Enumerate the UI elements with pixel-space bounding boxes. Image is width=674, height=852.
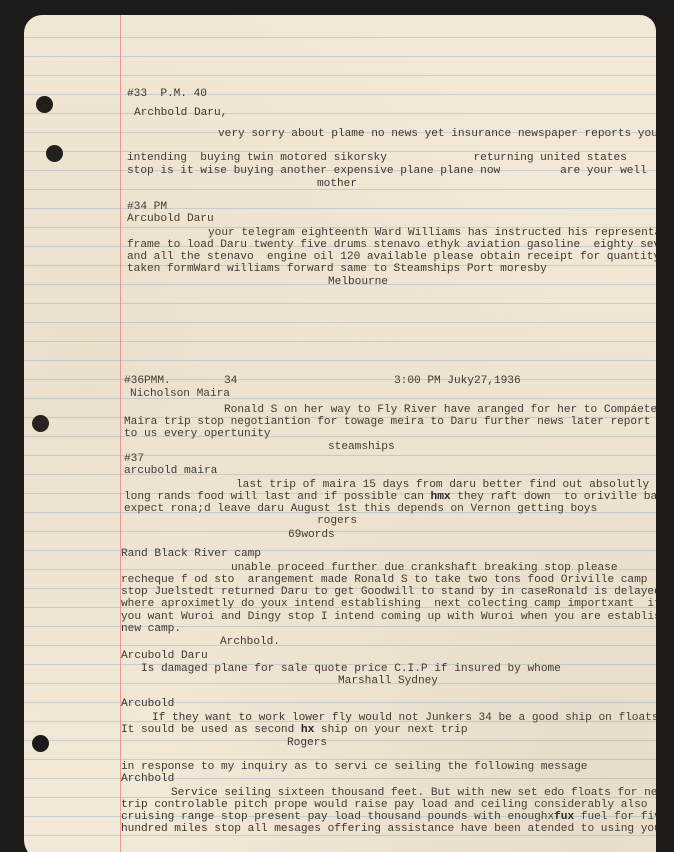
telegram-33-body: stop is it wise buying another expensive… [127,165,647,177]
message-body: Is damaged plane for sale quote price C.… [141,663,561,675]
message-sender: Archbold. [220,636,280,648]
message-body: new camp. [121,623,181,635]
text-run: long rands food will last and if possibl… [124,491,431,503]
telegram-33-addressee: Archbold Daru, [134,107,227,119]
telegram-36-header: #36PMM. 34 [124,375,237,387]
message-addressee: Arcubold Daru [121,650,208,662]
telegram-33-header: #33 P.M. 40 [127,88,207,100]
text-run: they raft down to oriville base [451,491,656,503]
telegram-36-sender: steamships [328,441,395,453]
struck-out-text: hx [301,724,314,736]
telegram-33-sender: mother [317,178,357,190]
telegram-36-body: to us every opertunity [124,428,271,440]
message-sender: Marshall Sydney [338,675,438,687]
punch-hole [32,415,49,432]
telegram-34-addressee: Arcubold Daru [127,213,214,225]
message-body: Service seiling sixteen thousand feet. B… [171,787,656,799]
telegram-36-body: Maira trip stop negotiantion for towage … [124,416,650,428]
word-count-note: 69words [288,529,335,541]
telegram-34-body: your telegram eighteenth Ward Williams h… [208,227,656,239]
message-addressee: Rand Black River camp [121,548,261,560]
struck-out-text: fux [554,811,574,823]
telegram-37-addressee: arcubold maira [124,465,217,477]
telegram-34-body: taken formWard williams forward same to … [127,263,547,275]
message-addressee: Arcubold [121,698,174,710]
telegram-34-body: and all the stenavo engine oil 120 avail… [127,251,656,263]
punch-hole [36,96,53,113]
telegram-36-date: 3:00 PM Juky27,1936 [394,375,521,387]
message-body: If they want to work lower fly would not… [152,712,656,724]
message-sender: Rogers [287,737,327,749]
telegram-33-body: very sorry about plame no news yet insur… [218,128,656,140]
telegram-37-body: expect rona;d leave daru August 1st this… [124,503,597,515]
message-body: It sould be used as second hx ship on yo… [121,724,468,736]
ruled-paper-page: #33 P.M. 40 Archbold Daru, very sorry ab… [24,15,656,852]
text-run: fuel for five [574,811,656,823]
telegram-36-body: Ronald S on her way to Fly River have ar… [224,404,656,416]
telegram-34-body: frame to load Daru twenty five drums ste… [127,239,656,251]
message-body: cruising range stop present pay load tho… [121,811,656,823]
text-run: It sould be used as second [121,724,301,736]
message-addressee: Archbold [121,773,174,785]
telegram-37-body: long rands food will last and if possibl… [124,491,656,503]
text-run: cruising range stop present pay load tho… [121,811,554,823]
telegram-37-header: #37 [124,453,144,465]
message-note: in response to my inquiry as to servi ce… [121,761,587,773]
telegram-37-sender: rogers [317,515,357,527]
telegram-34-header: #34 PM [127,201,167,213]
punch-hole [32,735,49,752]
message-body: trip controlable pitch prope would raise… [121,799,647,811]
telegram-36-addressee: Nicholson Maira [130,388,230,400]
text-run: ship on your next trip [314,724,467,736]
telegram-34-sender: Melbourne [328,276,388,288]
telegram-37-body: last trip of maira 15 days from daru bet… [236,479,656,491]
message-body: hundred miles stop all mesages offering … [121,823,656,835]
message-body: recheque f od sto arangement made Ronald… [121,574,647,586]
message-body: where aproximetly do youx intend establi… [121,598,656,610]
message-body: you want Wuroi and Dingy stop I intend c… [121,611,656,623]
message-body: stop Juelstedt returned Daru to get Good… [121,586,656,598]
struck-out-text: hmx [431,491,451,503]
telegram-33-body: intending buying twin motored sikorsky r… [127,152,627,164]
punch-hole [46,145,63,162]
message-body: unable proceed further due crankshaft br… [231,562,618,574]
